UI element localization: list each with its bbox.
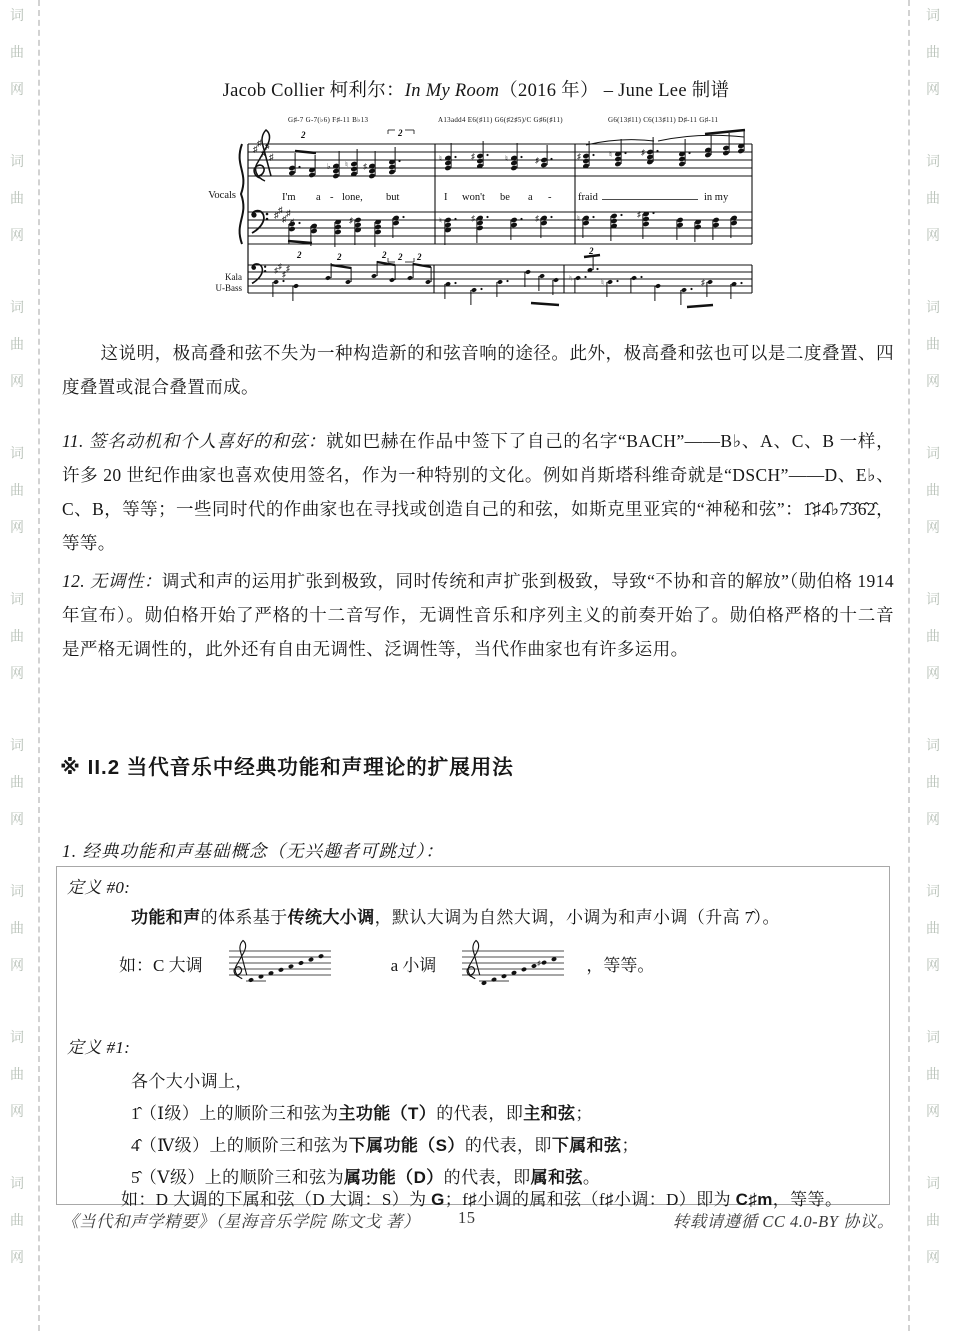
footer-license: 转载请遵循 CC 4.0-BY 协议。 <box>673 1208 894 1232</box>
scale-example-middle: a 小调 <box>391 951 437 976</box>
lyric: be <box>500 192 510 203</box>
definition-0-label: 定义 #0: <box>67 873 130 898</box>
svg-text:♭: ♭ <box>327 162 331 171</box>
text-segment: （2016 年） – June Lee 制谱 <box>499 81 729 101</box>
tuplet-2: 2 <box>296 250 302 260</box>
tuplet-2: 2 <box>397 128 403 138</box>
lyric: in my <box>704 192 729 203</box>
tuplet-2: 2 <box>300 130 306 140</box>
chord-symbols-m1: G♯-7 G-7(♭6) F♯-11 B♭13 <box>288 116 369 124</box>
review-intro-line: 1. 经典功能和声基础概念（无兴趣者可跳过）： <box>62 838 444 863</box>
paragraph-11: 11. 签名动机和个人喜好的和弦：就如巴赫在作品中签下了自己的名字“BACH”—… <box>62 424 894 560</box>
left-dashed-rule <box>38 0 40 1331</box>
right-dashed-rule <box>908 0 910 1331</box>
svg-text:♯: ♯ <box>471 214 475 223</box>
scale-example-prefix: 如：C 大调 <box>119 951 203 976</box>
text-segment: In My Room <box>405 81 499 101</box>
lyric: but <box>386 192 400 203</box>
a-minor-scale-staff: ♯ <box>446 937 570 989</box>
svg-text:♮: ♮ <box>439 216 442 225</box>
svg-text:♮: ♮ <box>439 154 442 163</box>
lyric: a <box>316 192 321 203</box>
svg-text:♯: ♯ <box>471 152 475 161</box>
music-score: ♯♯♯♯♯♯♯♯♯♯♯♯♯♯♭♮♯♮♯♮♯♯♮♯♯♮♯♯♮♯♮♮♯ G♯-7 G… <box>196 108 756 313</box>
footer-page-number: 15 <box>458 1208 476 1228</box>
lyric: fraid <box>578 192 599 203</box>
svg-text:♮: ♮ <box>345 160 348 169</box>
section-heading: ※ II.2 当代音乐中经典功能和声理论的扩展用法 <box>60 750 514 780</box>
definition-1-keys-line: 各个大小调上， <box>131 1067 253 1092</box>
c-major-scale-staff <box>213 937 337 989</box>
text-segment: 11. 签名动机和个人喜好的和弦： <box>62 431 326 451</box>
text-segment: G <box>431 1190 445 1209</box>
watermark-left: 词曲网词曲网词曲网词曲网词曲网词曲网词曲网词曲网词曲网 <box>8 6 26 1320</box>
text-segment: 调式和声的运用扩张到极致，同时传统和声扩张到极致，导致“不协和音的解放”（勋伯格… <box>62 571 894 659</box>
tuplet-2: 2 <box>588 246 594 256</box>
score-caption: Jacob Collier 柯利尔：In My Room（2016 年） – J… <box>196 76 756 102</box>
lyric: lone, <box>342 192 363 203</box>
svg-text:♯: ♯ <box>349 216 353 225</box>
svg-text:♯: ♯ <box>641 148 645 157</box>
tuplet-2: 2 <box>397 252 403 262</box>
text-segment: ； <box>621 1136 638 1155</box>
svg-text:♯: ♯ <box>363 162 367 171</box>
svg-text:♯: ♯ <box>577 152 581 161</box>
text-segment: ，默认大调为自然大调，小调为和声小调（升高 7̂）。 <box>375 908 780 927</box>
text-segment: 的体系基于 <box>201 908 288 927</box>
svg-text:♯: ♯ <box>537 960 541 968</box>
tuplet-2: 2 <box>416 252 422 262</box>
lyric: - <box>548 192 552 203</box>
text-segment: ；f♯小调的属和弦（f♯小调：D）即为 <box>445 1190 736 1209</box>
kala-label: Kala <box>225 272 242 282</box>
definition-1-tonic-line: 1̂（Ⅰ级）上的顺阶三和弦为主功能（T）的代表，即主和弦； <box>131 1099 593 1124</box>
lyric: I'm <box>282 192 296 203</box>
definition-1-label: 定义 #1: <box>67 1033 130 1058</box>
text-segment: 下属和弦 <box>552 1136 622 1155</box>
svg-text:♯: ♯ <box>535 214 539 223</box>
scale-example-row: 如：C 大调 a 小调 ♯ ，等等。 <box>119 937 654 989</box>
svg-text:♯: ♯ <box>286 264 290 273</box>
vocals-label: Vocals <box>208 190 236 201</box>
svg-text:♮: ♮ <box>577 214 580 223</box>
paragraph-12: 12. 无调性：调式和声的运用扩张到极致，同时传统和声扩张到极致，导致“不协和音… <box>62 564 894 666</box>
svg-text:♯: ♯ <box>701 278 705 287</box>
text-segment: 1̂（Ⅰ级）上的顺阶三和弦为 <box>131 1104 338 1123</box>
text-segment: 12. 无调性： <box>62 571 162 591</box>
svg-text:♯: ♯ <box>265 141 270 151</box>
text-segment: 下属功能（S） <box>349 1136 465 1155</box>
text-segment: Jacob Collier 柯利尔： <box>223 81 405 101</box>
svg-text:♯: ♯ <box>535 156 539 165</box>
text-segment: ，等等。 <box>773 1190 843 1209</box>
svg-text:♮: ♮ <box>609 150 612 159</box>
text-segment: 传统大小调 <box>288 908 375 927</box>
paragraph-summary: 这说明，极高叠和弦不失为一种构造新的和弦音响的途径。此外，极高叠和弦也可以是二度… <box>62 336 894 404</box>
score-notation-decor: ♯♯♯♯♯♯♯♯♯♯♯♯♯♯♭♮♯♮♯♮♯♯♮♯♯♮♯♯♮♯♮♮♯ <box>240 130 752 307</box>
lyric: a <box>528 192 533 203</box>
definition-1-subdominant-line: 4̂（Ⅳ级）上的顺阶三和弦为下属功能（S）的代表，即下属和弦； <box>131 1131 639 1156</box>
svg-text:♮: ♮ <box>505 154 508 163</box>
lyric: - <box>330 192 334 203</box>
watermark-right: 词曲网词曲网词曲网词曲网词曲网词曲网词曲网词曲网词曲网 <box>924 6 942 1320</box>
scale-example-suffix: ，等等。 <box>586 951 654 976</box>
ubass-label: U-Bass <box>216 283 243 293</box>
text-segment: ； <box>575 1104 592 1123</box>
svg-text:♮: ♮ <box>601 278 604 287</box>
text-segment: 如：D 大调的下属和弦（D 大调：S）为 <box>121 1190 431 1209</box>
document-page: { "page": { "watermark": { "chars": ["词"… <box>0 0 956 1331</box>
text-segment: C♯m <box>736 1190 773 1209</box>
definitions-box: 定义 #0: 功能和声的体系基于传统大小调，默认大调为自然大调，小调为和声小调（… <box>56 866 890 1205</box>
text-segment: 的代表，即 <box>436 1104 523 1123</box>
definition-1-example-line: 如：D 大调的下属和弦（D 大调：S）为 G；f♯小调的属和弦（f♯小调：D）即… <box>121 1185 842 1210</box>
text-segment: 主和弦 <box>523 1104 575 1123</box>
footer-book-title: 《当代和声学精要》（星海音乐学院 陈文戈 著） <box>62 1208 420 1232</box>
chord-symbols-m2: A13add4 E6(♯11) G6(♯2♯5)/C G♯6(♯11) <box>438 116 563 124</box>
score-svg: ♯♯♯♯♯♯♯♯♯♯♯♯♯♯♭♮♯♮♯♮♯♯♮♯♯♮♯♯♮♯♮♮♯ G♯-7 G… <box>196 108 756 313</box>
lyric: won't <box>462 192 485 203</box>
text-segment: 的代表，即 <box>465 1136 552 1155</box>
chord-symbols-m3: G6(13♯11) C6(13♯11) D♯-11 G♯-11 <box>608 116 719 124</box>
text-segment: 功能和声 <box>131 908 201 927</box>
tuplet-2: 2 <box>336 252 342 262</box>
svg-text:♯: ♯ <box>637 210 641 219</box>
definition-0-text: 功能和声的体系基于传统大小调，默认大调为自然大调，小调为和声小调（升高 7̂）。 <box>131 903 780 928</box>
lyric: I <box>444 192 448 203</box>
tuplet-2: 2 <box>381 250 387 260</box>
svg-text:♯: ♯ <box>269 152 274 162</box>
svg-text:♯: ♯ <box>257 138 262 148</box>
text-segment: 4̂（Ⅳ级）上的顺阶三和弦为 <box>131 1136 349 1155</box>
text-segment: 主功能（T） <box>338 1104 436 1123</box>
svg-text:♮: ♮ <box>569 274 572 283</box>
